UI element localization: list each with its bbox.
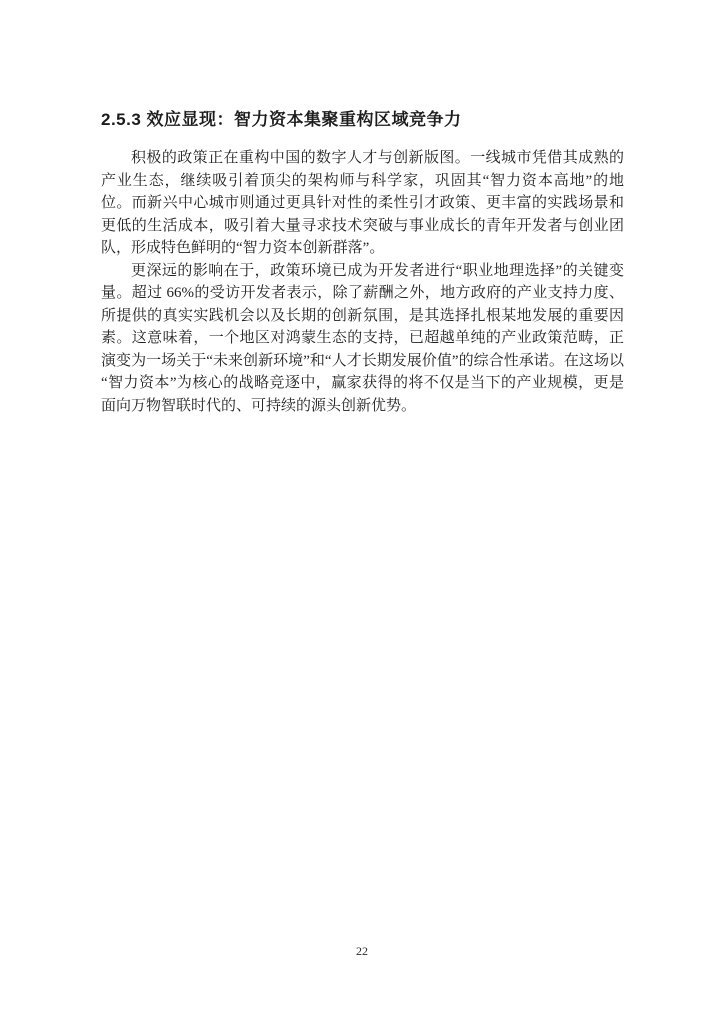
paragraph: 积极的政策正在重构中国的数字人才与创新版图。一线城市凭借其成熟的产业生态，继续吸… bbox=[101, 147, 624, 260]
section-heading: 2.5.3 效应显现：智力资本集聚重构区域竞争力 bbox=[101, 108, 624, 132]
page-number: 22 bbox=[0, 944, 724, 959]
body-text: 积极的政策正在重构中国的数字人才与创新版图。一线城市凭借其成熟的产业生态，继续吸… bbox=[101, 147, 624, 417]
page-content: 2.5.3 效应显现：智力资本集聚重构区域竞争力 积极的政策正在重构中国的数字人… bbox=[101, 108, 624, 417]
document-page: 2.5.3 效应显现：智力资本集聚重构区域竞争力 积极的政策正在重构中国的数字人… bbox=[0, 0, 724, 1024]
paragraph: 更深远的影响在于，政策环境已成为开发者进行“职业地理选择”的关键变量。超过 66… bbox=[101, 260, 624, 418]
